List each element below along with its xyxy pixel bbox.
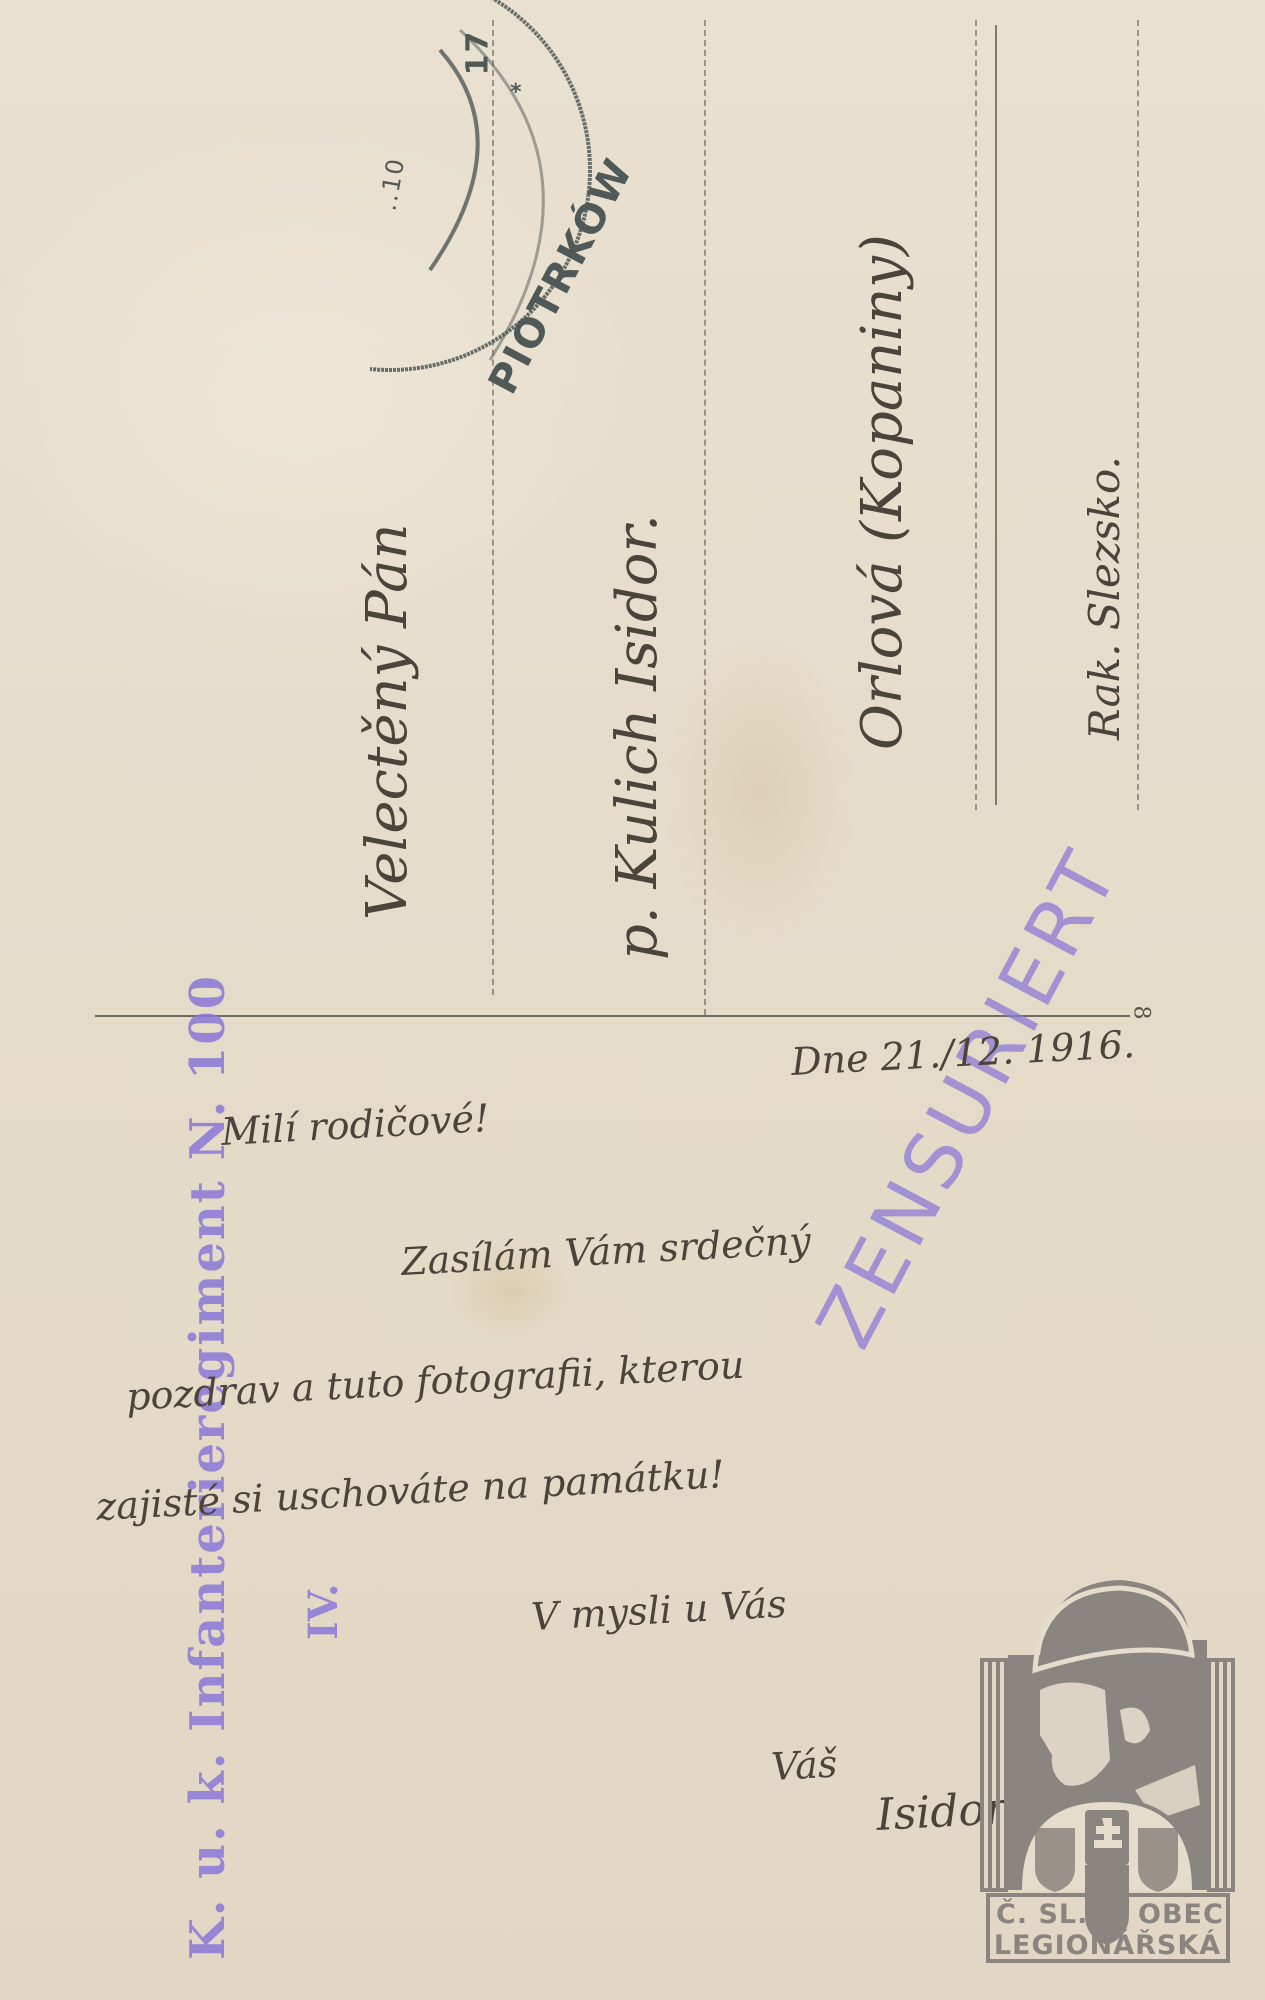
address-line-4: Rak. Slezsko. — [1080, 456, 1129, 740]
address-dotted-line-2 — [704, 20, 706, 1015]
censor-stamp: ZENSURIERT — [800, 834, 1138, 1362]
message-line-4: V mysli u Vás — [530, 1582, 788, 1639]
postcard: 8 17 * ..10 PIOTRKÓW Velectěný Pán p. Ku… — [0, 0, 1265, 2000]
message-line-1: Zasílám Vám srdečný — [400, 1219, 812, 1284]
postmark-year: 17 — [460, 30, 495, 76]
address-solid-line — [995, 25, 997, 805]
regiment-stamp-company: IV. — [300, 1583, 347, 1640]
message-greeting: Milí rodičové! — [220, 1096, 490, 1154]
address-dotted-line-4 — [1137, 20, 1139, 810]
address-line-2: p. Kulich Isidor. — [605, 514, 670, 960]
postmark-star: * — [510, 80, 524, 105]
message-closing: Váš — [770, 1742, 838, 1789]
logo-text-left: Č. SL. — [980, 1899, 1088, 1930]
logo-text-bottom: LEGIONÁŘSKÁ — [980, 1930, 1235, 1961]
address-dotted-line-3 — [975, 20, 977, 810]
message-date: Dne 21./12. 1916. — [790, 1022, 1136, 1084]
address-line-1: Velectěný Pán — [355, 523, 420, 920]
logo-text-right: OBEC — [1138, 1899, 1224, 1930]
postmark: 17 * ..10 PIOTRKÓW — [370, 0, 620, 410]
address-line-3: Orlová (Kopaniny) — [850, 234, 915, 750]
separator-mark: 8 — [1129, 1006, 1154, 1020]
legionarska-obec-logo: Č. SL. OBEC LEGIONÁŘSKÁ — [980, 1560, 1235, 1965]
